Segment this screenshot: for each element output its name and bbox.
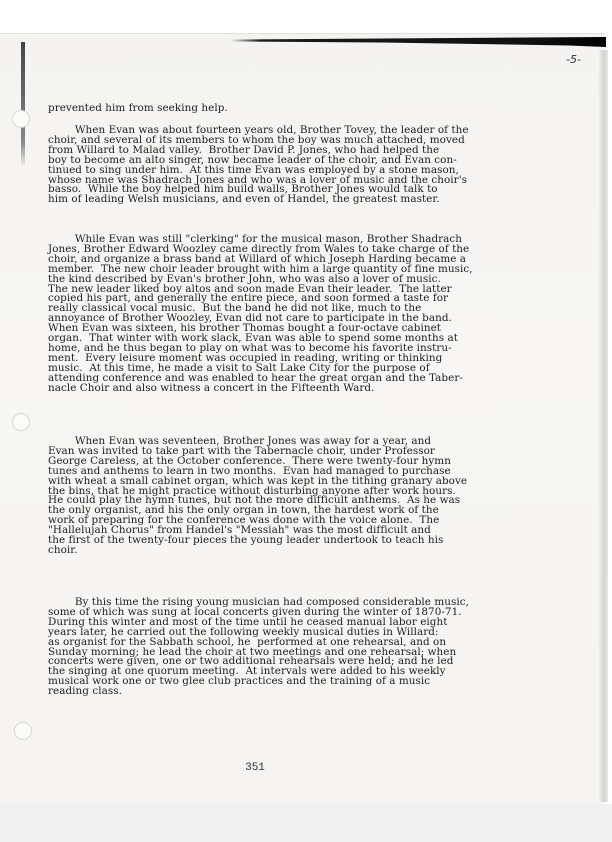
text-line: choir. (48, 546, 518, 556)
binding-mark (21, 42, 25, 167)
scan-right-edge (598, 50, 608, 802)
text-line: the first of the twenty-four pieces the … (48, 536, 518, 546)
paragraph-continuation: prevented him from seeking help. (48, 104, 518, 114)
text-line: prevented him from seeking help. (48, 104, 518, 114)
text-line: nacle Choir and also witness a concert i… (48, 384, 518, 394)
page-number: 351 (205, 762, 305, 774)
punch-hole-bottom (14, 722, 32, 740)
text-line: him of leading Welsh musicians, and even… (48, 195, 518, 205)
scan-bottom-strip (0, 804, 612, 842)
punch-hole-top (12, 110, 30, 128)
text-line: reading class. (48, 687, 518, 697)
paragraph-tovey: When Evan was about fourteen years old, … (48, 126, 518, 205)
paragraph-woozley: While Evan was still "clerking" for the … (48, 235, 518, 394)
punch-hole-middle (12, 413, 30, 431)
page-tag: -5- (566, 53, 581, 66)
paragraph-duties: By this time the rising young musician h… (48, 598, 518, 697)
paragraph-tabernacle: When Evan was seventeen, Brother Jones w… (48, 437, 518, 556)
scan-background (0, 0, 612, 33)
